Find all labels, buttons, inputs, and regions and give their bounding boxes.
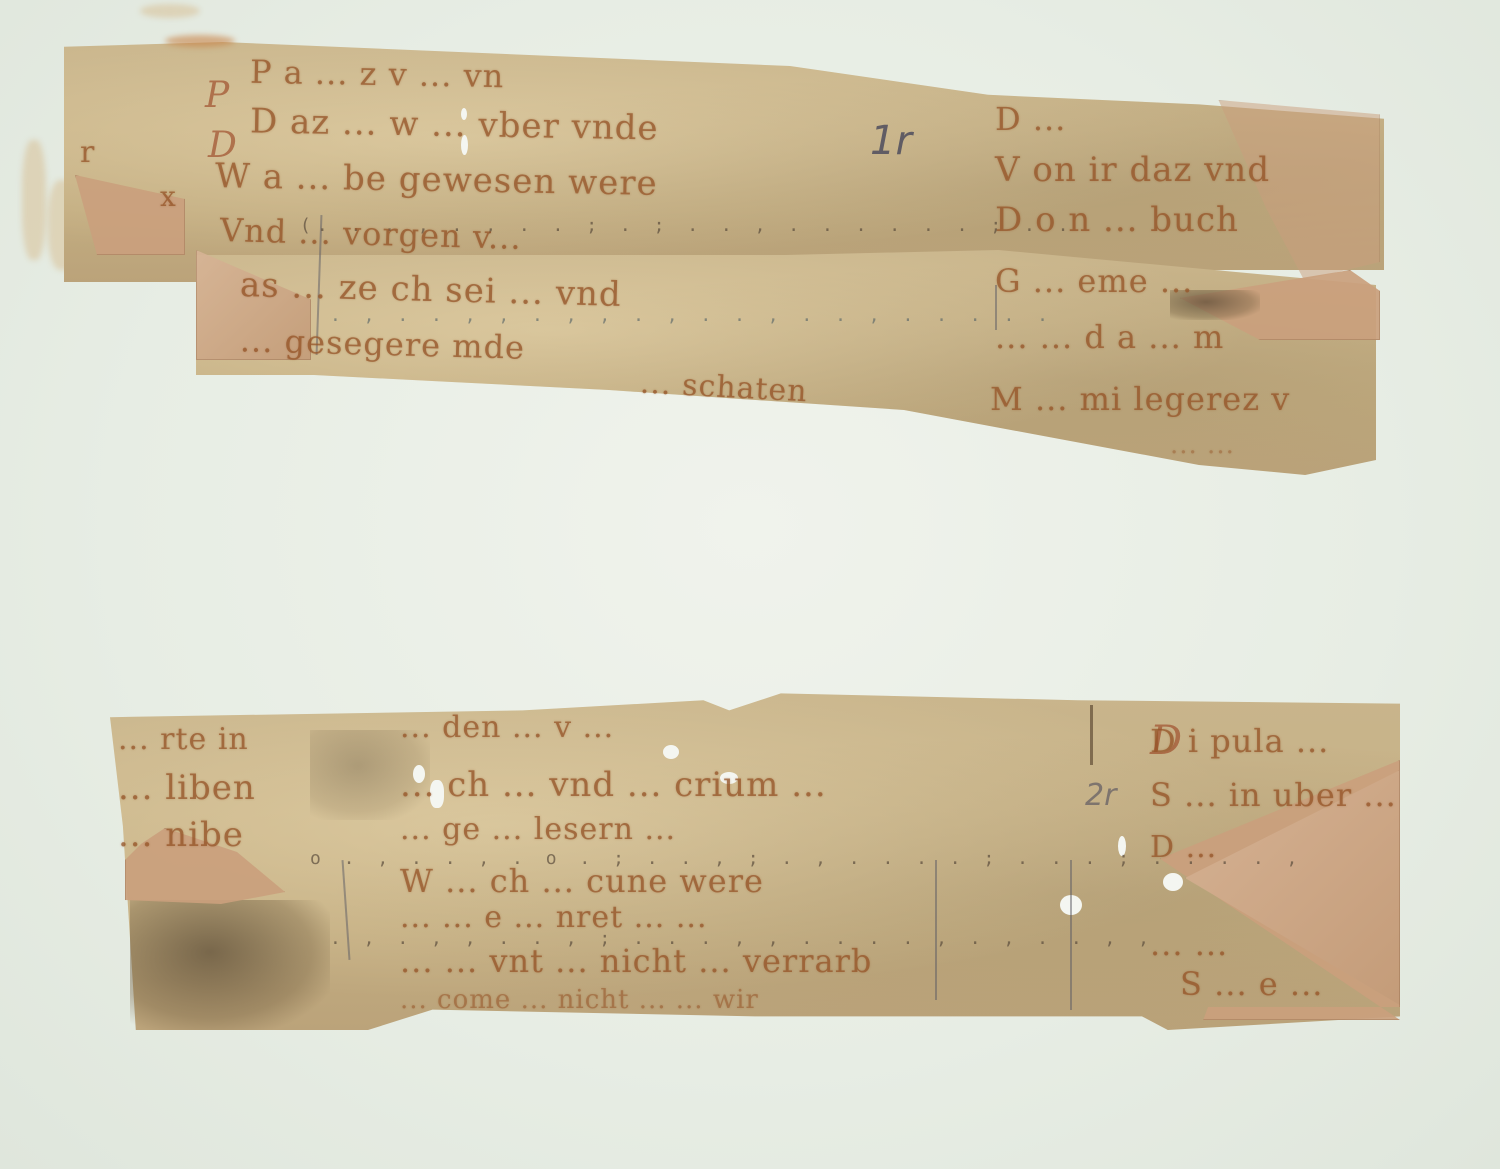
- water-stain: [130, 900, 330, 1030]
- text-line: ... liben: [118, 768, 256, 808]
- folio-mark: 2r: [1085, 778, 1116, 813]
- margin-letter: r: [80, 135, 95, 170]
- text-line: D o n ... buch: [995, 200, 1239, 240]
- text-line: D az ... w ... vber vnde: [250, 101, 659, 148]
- text-line: ... ...: [1150, 925, 1228, 963]
- stain: [140, 4, 200, 18]
- text-line: ... come ... nicht ... ... wir: [400, 985, 759, 1015]
- text-line: ... ge ... lesern ...: [400, 812, 676, 847]
- text-line: G ... eme ...: [995, 262, 1193, 300]
- folio-mark: 1r: [870, 118, 912, 164]
- text-line: M ... mi legerez v: [990, 380, 1290, 418]
- stain: [22, 140, 46, 260]
- text-line: ... den ... v ...: [400, 710, 614, 745]
- text-line: ... ch ... vnd ... crium ...: [400, 765, 827, 805]
- text-line: D ...: [995, 100, 1066, 138]
- fold-crease: [1090, 705, 1093, 765]
- text-line: W a ... be gewesen were: [215, 156, 658, 204]
- text-line: ... ...: [1170, 430, 1235, 460]
- text-line: ... gesegere mde: [240, 321, 526, 366]
- text-line: ... nibe: [118, 815, 244, 855]
- text-line: P a ... z v ... vn: [250, 53, 505, 95]
- text-line: D ...: [1150, 830, 1217, 865]
- ruling-pricks: . , . . , , . , , . , . . , . . , . . . …: [330, 305, 1054, 326]
- text-line: ... ... vnt ... nicht ... verrarb: [400, 942, 872, 980]
- margin-letter: x: [160, 180, 177, 213]
- text-line: Vnd ... vorgen v...: [220, 211, 523, 257]
- text-line: S ... in uber ...: [1150, 776, 1397, 814]
- worm-hole: [1163, 873, 1183, 891]
- worm-hole: [663, 745, 679, 759]
- text-line: D i pula ...: [1150, 722, 1329, 760]
- decorated-initial: P: [205, 75, 229, 116]
- text-line: ... rte in: [118, 722, 249, 757]
- text-line: S ... e ...: [1180, 965, 1323, 1003]
- text-line: W ... ch ... cune were: [400, 862, 764, 900]
- tape-scrap: [165, 35, 235, 47]
- text-line: ... ... d a ... m: [995, 318, 1224, 356]
- text-line: V on ir daz vnd: [995, 150, 1270, 190]
